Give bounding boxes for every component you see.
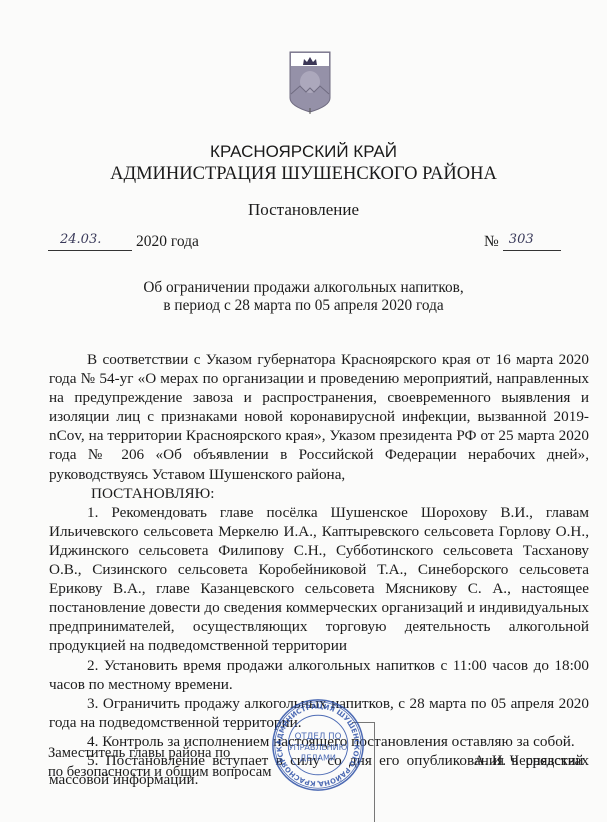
document-number: № 303 [484,233,561,251]
position-line-1: Заместитель главы района по [48,744,272,763]
date-suffix: 2020 года [136,233,199,250]
document-date: 24.03. 2020 года [48,233,199,251]
region-heading: КРАСНОЯРСКИЙ КРАЙ [0,142,607,162]
official-stamp-icon: АДМИНИСТРАЦИЯ ШУШЕНСКОГО РАЙОНА КРАСНОЯР… [270,697,366,793]
stamp-line-1: ОТДЕЛ ПО [295,732,342,742]
decree-item-2: 2. Установить время продажи алкогольных … [49,656,589,694]
subject-line-1: Об ограничении продажи алкогольных напит… [0,279,607,297]
document-page: КРАСНОЯРСКИЙ КРАЙ АДМИНИСТРАЦИЯ ШУШЕНСКО… [0,0,607,822]
position-line-2: по безопасности и общим вопросам [48,763,272,782]
document-subject: Об ограничении продажи алкогольных напит… [0,279,607,315]
svg-text:*: * [317,780,320,786]
date-handwritten: 24.03. [60,232,101,247]
decree-heading: ПОСТАНОВЛЯЮ: [49,484,589,503]
number-handwritten: 303 [509,232,534,247]
administration-heading: АДМИНИСТРАЦИЯ ШУШЕНСКОГО РАЙОНА [0,164,607,185]
coat-of-arms-icon [288,50,332,114]
subject-line-2: в период с 28 марта по 05 апреля 2020 го… [0,297,607,315]
number-field: 303 [503,234,561,251]
document-type-title: Постановление [0,200,607,220]
signatory-name: А. И. Чернявский [474,753,583,770]
stamp-line-3: ДЕЛАМИ [300,753,336,762]
date-field: 24.03. [48,234,132,251]
number-label: № [484,233,499,250]
signatory-position: Заместитель главы района по по безопасно… [48,744,272,782]
preamble-paragraph: В соответствии с Указом губернатора Крас… [49,350,589,484]
stamp-line-2: УПРАВЛЕНИЮ [289,743,348,752]
decree-item-1: 1. Рекомендовать главе посёлка Шушенское… [49,503,589,656]
